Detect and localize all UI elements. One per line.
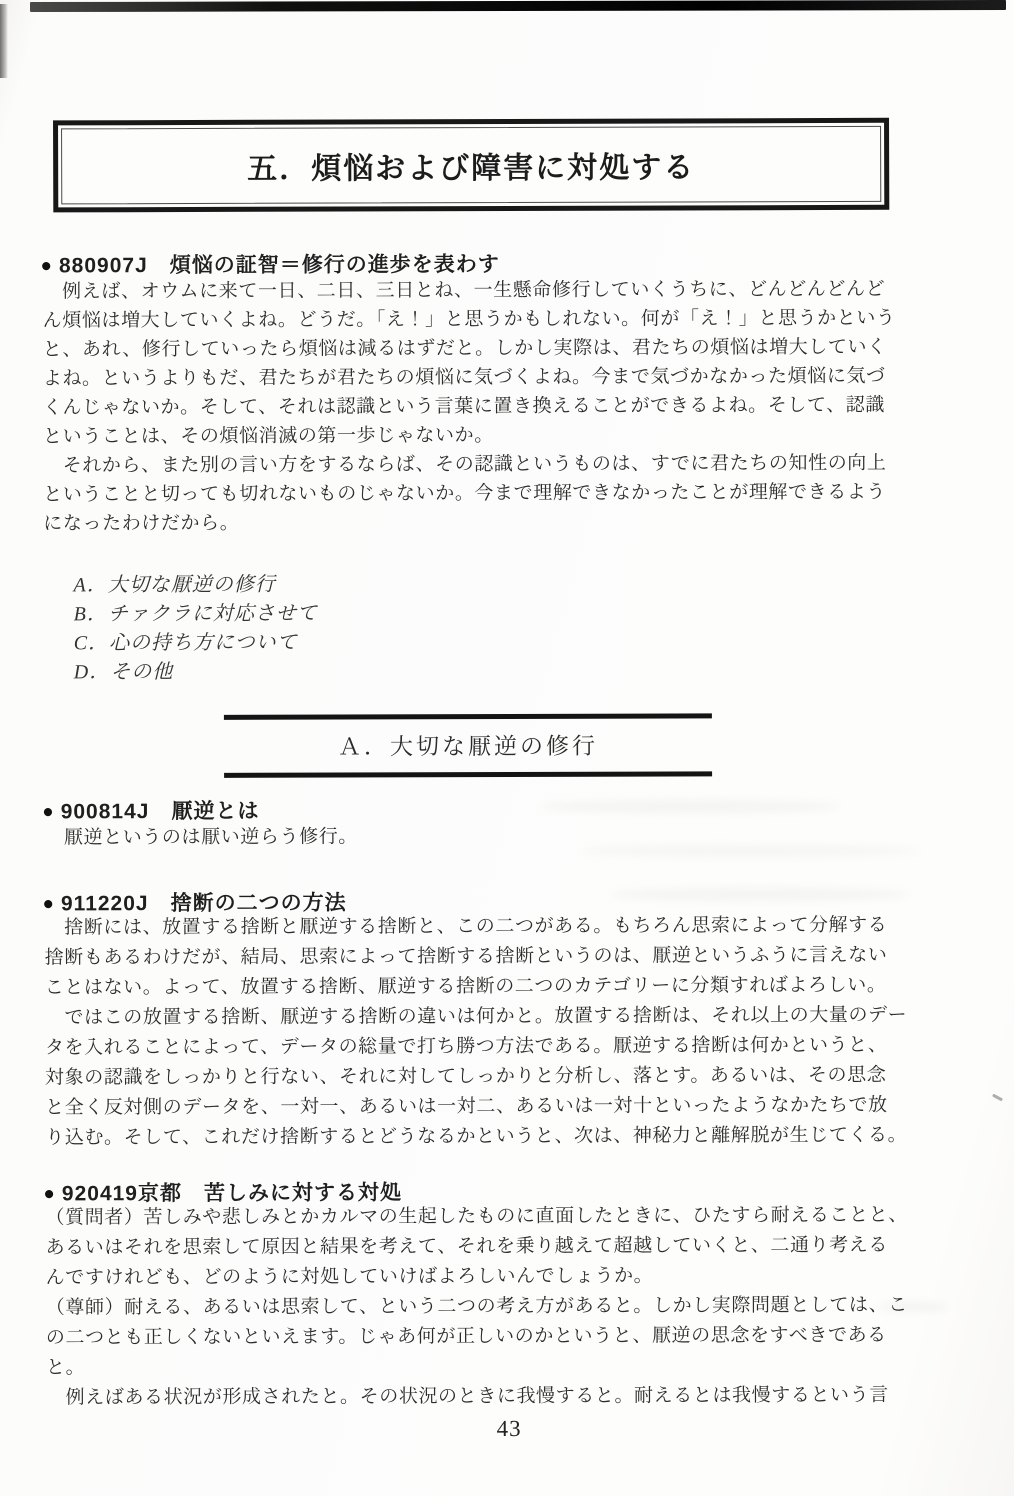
section-body-911220J: 捨断には、放置する捨断と厭逆する捨断と、この二つがある。もちろん思索によって分解… (45, 911, 958, 1154)
scanned-page: 五．煩悩および障害に対処する ● 880907J 煩悩の証智＝修行の進歩を表わす… (0, 0, 1014, 1496)
section-body-920419: （質問者）苦しみや悲しみとかカルマの生起したものに直面したときに、ひたすら耐える… (45, 1201, 958, 1414)
section-code: 880907J (59, 254, 148, 278)
page-number: 43 (2, 1414, 1014, 1443)
chapter-title-box-inner: 五．煩悩および障害に対処する (61, 126, 881, 205)
section-heading-900814J: ● 900814J 厭逆とは (42, 795, 259, 826)
section-code: 900814J (61, 800, 150, 824)
section-title: 煩悩の証智＝修行の進歩を表わす (170, 248, 500, 279)
list-item: C．心の持ち方について (74, 629, 318, 659)
list-item: A．大切な厭逆の修行 (73, 571, 317, 601)
section-heading-880907J: ● 880907J 煩悩の証智＝修行の進歩を表わす (40, 248, 499, 279)
bullet-icon: ● (42, 801, 54, 823)
page-content: 五．煩悩および障害に対処する ● 880907J 煩悩の証智＝修行の進歩を表わす… (0, 0, 1014, 1496)
bullet-icon: ● (43, 1183, 55, 1205)
section-body-880907J: 例えば、オウムに来て一日、二日、三日とね、一生懸命修行していくうちに、どんどんど… (43, 275, 956, 539)
list-item: D．その他 (74, 658, 318, 688)
section-body-900814J: 厭逆というのは厭い逆らう修行。 (44, 821, 956, 853)
chapter-title: 五．煩悩および障害に対処する (247, 142, 695, 187)
chapter-title-box: 五．煩悩および障害に対処する (53, 118, 889, 213)
section-a-subheading: Ａ．大切な厭逆の修行 (224, 713, 712, 778)
list-item: B．チァクラに対応させて (74, 600, 318, 630)
topic-list: A．大切な厭逆の修行 B．チァクラに対応させて C．心の持ち方について D．その… (73, 571, 318, 688)
bullet-icon: ● (40, 255, 52, 277)
bullet-icon: ● (42, 893, 54, 915)
section-title: 厭逆とは (171, 795, 259, 825)
